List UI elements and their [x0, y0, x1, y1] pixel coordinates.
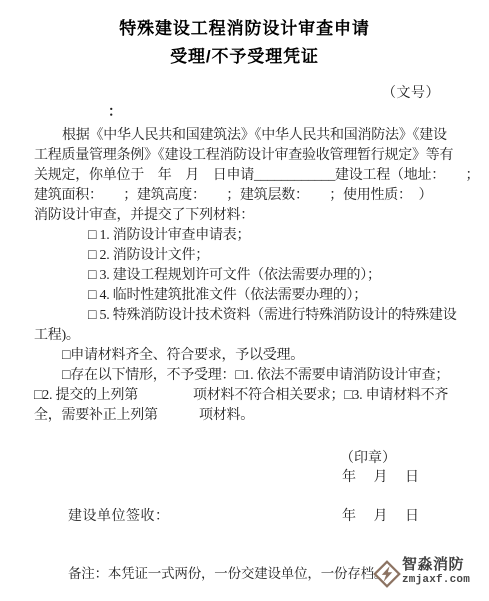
reject-option-line-1: □存在以下情形，不予受理：□1. 依法不需要申请消防设计审查；	[34, 366, 474, 386]
legal-basis-line-1: 根据《中华人民共和国建筑法》《中华人民共和国消防法》《建设	[34, 126, 474, 146]
legal-basis-line-3: 关规定，你单位于 年 月 日申请____________建设工程（地址： ；	[34, 166, 474, 186]
receipt-date-day-label: 日	[405, 507, 419, 527]
watermark-text: 智淼消防 zmjaxf.com	[402, 556, 470, 586]
watermark-brand-name: 智淼消防	[402, 556, 470, 574]
checklist-item-1: □ 1. 消防设计审查申请表；	[34, 226, 474, 246]
receipt-date-line: 年 月 日	[342, 507, 419, 527]
accept-option-line: □申请材料齐全、符合要求，予以受理。	[34, 346, 474, 366]
reject-option-line-2: □2. 提交的上列第 项材料不符合相关要求；□3. 申请材料不齐	[34, 386, 474, 406]
checklist-item-2: □ 2. 消防设计文件；	[34, 246, 474, 266]
seal-placeholder-label: （印章）	[340, 449, 396, 469]
receipt-date-year-label: 年	[342, 507, 356, 527]
document-body: 根据《中华人民共和国建筑法》《中华人民共和国消防法》《建设工程质量管理条例》《建…	[34, 126, 474, 426]
checklist-item-4: □ 4. 临时性建筑批准文件（依法需要办理的）；	[34, 286, 474, 306]
reject-option-line-3: 全，需要补正上列第 项材料。	[34, 406, 474, 426]
document-title-line-1: 特殊建设工程消防设计审查申请	[0, 14, 489, 39]
checklist-item-5: □ 5. 特殊消防设计技术资料（需进行特殊消防设计的特殊建设	[34, 306, 474, 326]
checklist-item-5-continued: 工程)。	[34, 326, 474, 346]
receipt-date-month-label: 月	[374, 507, 388, 527]
watermark-logo: 智淼消防 zmjaxf.com	[373, 556, 470, 594]
footer-note: 备注：本凭证一式两份，一份交建设单位，一份存档。	[68, 564, 387, 584]
issue-date-year-label: 年	[342, 468, 356, 488]
doc-number-label: （文号）	[382, 82, 440, 102]
legal-basis-line-5: 消防设计审查，并提交了下列材料：	[34, 206, 474, 226]
legal-basis-line-4: 建筑面积： ；建筑高度： ；建筑层数： ；使用性质： ）	[34, 186, 474, 206]
watermark-site-url: zmjaxf.com	[402, 574, 470, 586]
issue-date-day-label: 日	[405, 468, 419, 488]
receipt-sign-label: 建设单位签收：	[68, 507, 170, 527]
diamond-lightning-logo-icon	[373, 558, 401, 594]
legal-basis-line-2: 工程质量管理条例》《建设工程消防设计审查验收管理暂行规定》等有	[34, 146, 474, 166]
document-title-line-2: 受理/不予受理凭证	[0, 42, 489, 67]
issue-date-line: 年 月 日	[342, 468, 419, 488]
certificate-page: 特殊建设工程消防设计审查申请 受理/不予受理凭证 （文号） ： 根据《中华人民共…	[0, 0, 489, 601]
addressee-colon: ：	[108, 101, 122, 121]
issue-date-month-label: 月	[374, 468, 388, 488]
checklist-item-3: □ 3. 建设工程规划许可文件（依法需要办理的）；	[34, 266, 474, 286]
